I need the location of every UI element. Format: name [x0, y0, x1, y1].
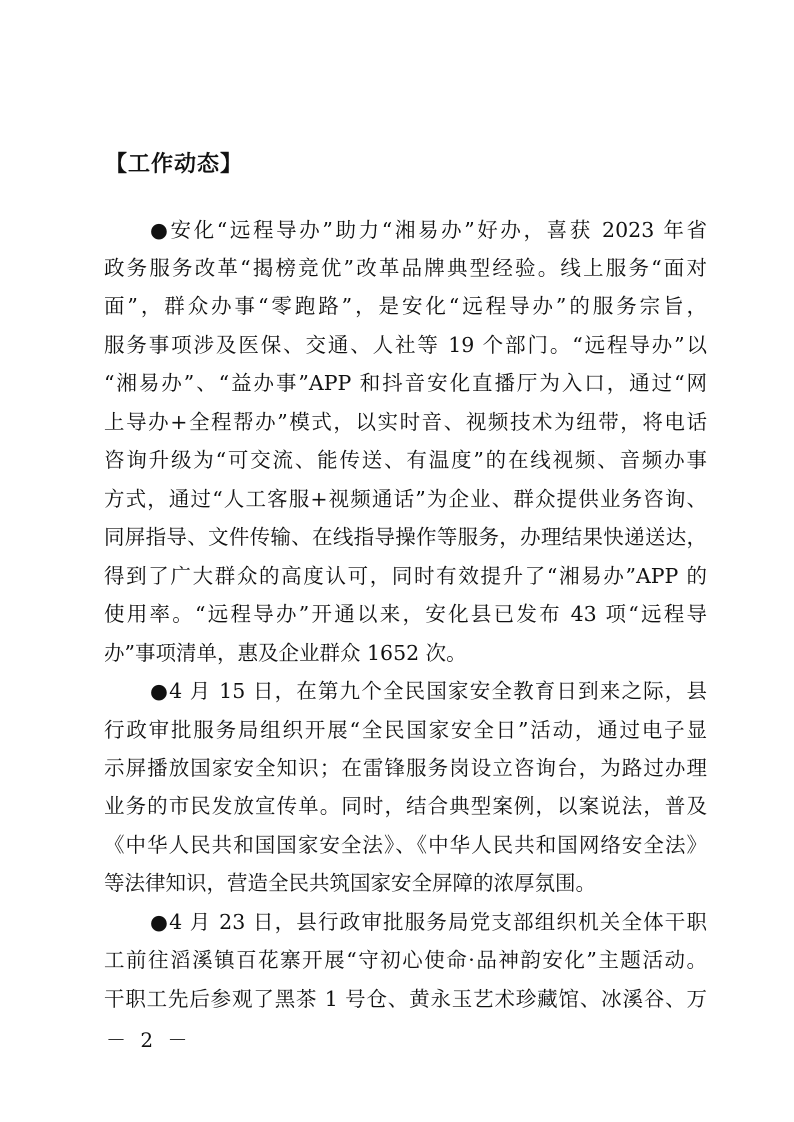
text-line: 使用率。“远程导办”开通以来，安化县已发布 43 项“远程导 [104, 600, 707, 628]
text-line: 得到了广大群众的高度认可，同时有效提升了“湘易办”APP 的 [104, 562, 707, 590]
text-line: 《中华人民共和国国家安全法》、《中华人民共和国网络安全法》 [104, 831, 707, 859]
text-line: 面”，群众办事“零跑路”，是安化“远程导办”的服务宗旨， [104, 292, 707, 320]
text-line: ●4 月 15 日，在第九个全民国家安全教育日到来之际，县 [150, 677, 707, 705]
page-number: － 2 － [106, 1024, 191, 1053]
text-line: 业务的市民发放宣传单。同时，结合典型案例，以案说法，普及 [104, 792, 707, 820]
text-line: 咨询升级为“可交流、能传送、有温度”的在线视频、音频办事 [104, 446, 707, 474]
text-line: 办”事项清单，惠及企业群众 1652 次。 [104, 639, 707, 667]
text-line: 政务服务改革“揭榜竞优”改革品牌典型经验。线上服务“面对 [104, 254, 707, 282]
text-line: 行政审批服务局组织开展“全民国家安全日”活动，通过电子显 [104, 716, 707, 744]
text-line: “湘易办”、“益办事”APP 和抖音安化直播厅为入口，通过“网 [104, 369, 707, 397]
text-line: ●4 月 23 日，县行政审批服务局党支部组织机关全体干职 [150, 908, 707, 936]
text-line: 等法律知识，营造全民共筑国家安全屏障的浓厚氛围。 [104, 869, 707, 897]
text-line: 同屏指导、文件传输、在线指导操作等服务，办理结果快递送达， [104, 523, 707, 551]
text-line: 方式，通过“人工客服+视频通话”为企业、群众提供业务咨询、 [104, 485, 707, 513]
text-line: 干职工先后参观了黑茶 1 号仓、黄永玉艺术珍藏馆、冰溪谷、万 [104, 985, 707, 1013]
text-line: 服务事项涉及医保、交通、人社等 19 个部门。“远程导办”以 [104, 331, 707, 359]
text-line: 工前往滔溪镇百花寨开展“守初心使命·品神韵安化”主题活动。 [104, 946, 707, 974]
section-heading: 【工作动态】 [105, 147, 243, 178]
text-line: ●安化“远程导办”助力“湘易办”好办，喜获 2023 年省 [150, 216, 707, 244]
text-line: 示屏播放国家安全知识；在雷锋服务岗设立咨询台，为路过办理 [104, 754, 707, 782]
text-line: 上导办+全程帮办”模式，以实时音、视频技术为纽带，将电话 [104, 408, 707, 436]
